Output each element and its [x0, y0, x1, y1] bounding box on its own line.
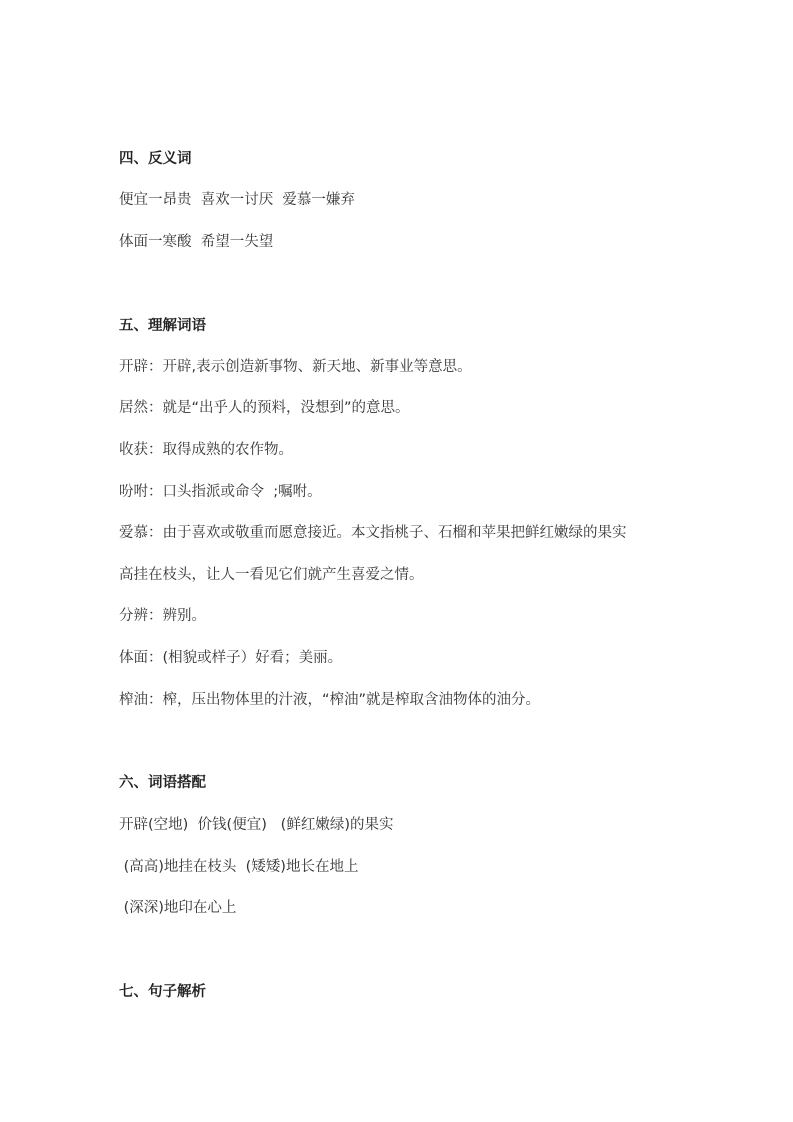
- section-heading-sentence-analysis: 七、句子解析: [119, 982, 206, 1002]
- section-heading-antonyms: 四、反义词: [119, 149, 192, 169]
- antonym-line: 体面一寒酸 希望一失望: [119, 232, 273, 252]
- antonym-line: 便宜一昂贵 喜欢一讨厌 爱慕一嫌弃: [119, 190, 355, 210]
- section-heading-vocabulary: 五、理解词语: [119, 316, 206, 336]
- vocabulary-definition: 体面：(相貌或样子）好看；美丽。: [119, 648, 342, 668]
- vocabulary-definition: 居然：就是“出乎人的预料，没想到”的意思。: [119, 398, 410, 418]
- collocation-line: (高高)地挂在枝头 (矮矮)地长在地上: [119, 857, 358, 877]
- vocabulary-definition: 收获：取得成熟的农作物。: [119, 440, 293, 460]
- collocation-line: 开辟(空地) 价钱(便宜) (鲜红嫩绿)的果实: [119, 815, 394, 835]
- collocation-line: (深深)地印在心上: [119, 898, 236, 918]
- vocabulary-definition: 分辨：辨别。: [119, 606, 206, 626]
- vocabulary-definition: 开辟：开辟,表示创造新事物、新天地、新事业等意思。: [119, 357, 472, 377]
- vocabulary-definition-continued: 高挂在枝头，让人一看见它们就产生喜爱之情。: [119, 565, 424, 585]
- vocabulary-definition: 吩咐：口头指派或命令 ;嘱咐。: [119, 482, 322, 502]
- vocabulary-definition: 爱慕：由于喜欢或敬重而愿意接近。本文指桃子、石榴和苹果把鲜红嫩绿的果实: [119, 523, 627, 543]
- section-heading-collocations: 六、词语搭配: [119, 773, 206, 793]
- vocabulary-definition: 榨油：榨，压出物体里的汁液，“榨油”就是榨取含油物体的油分。: [119, 690, 540, 710]
